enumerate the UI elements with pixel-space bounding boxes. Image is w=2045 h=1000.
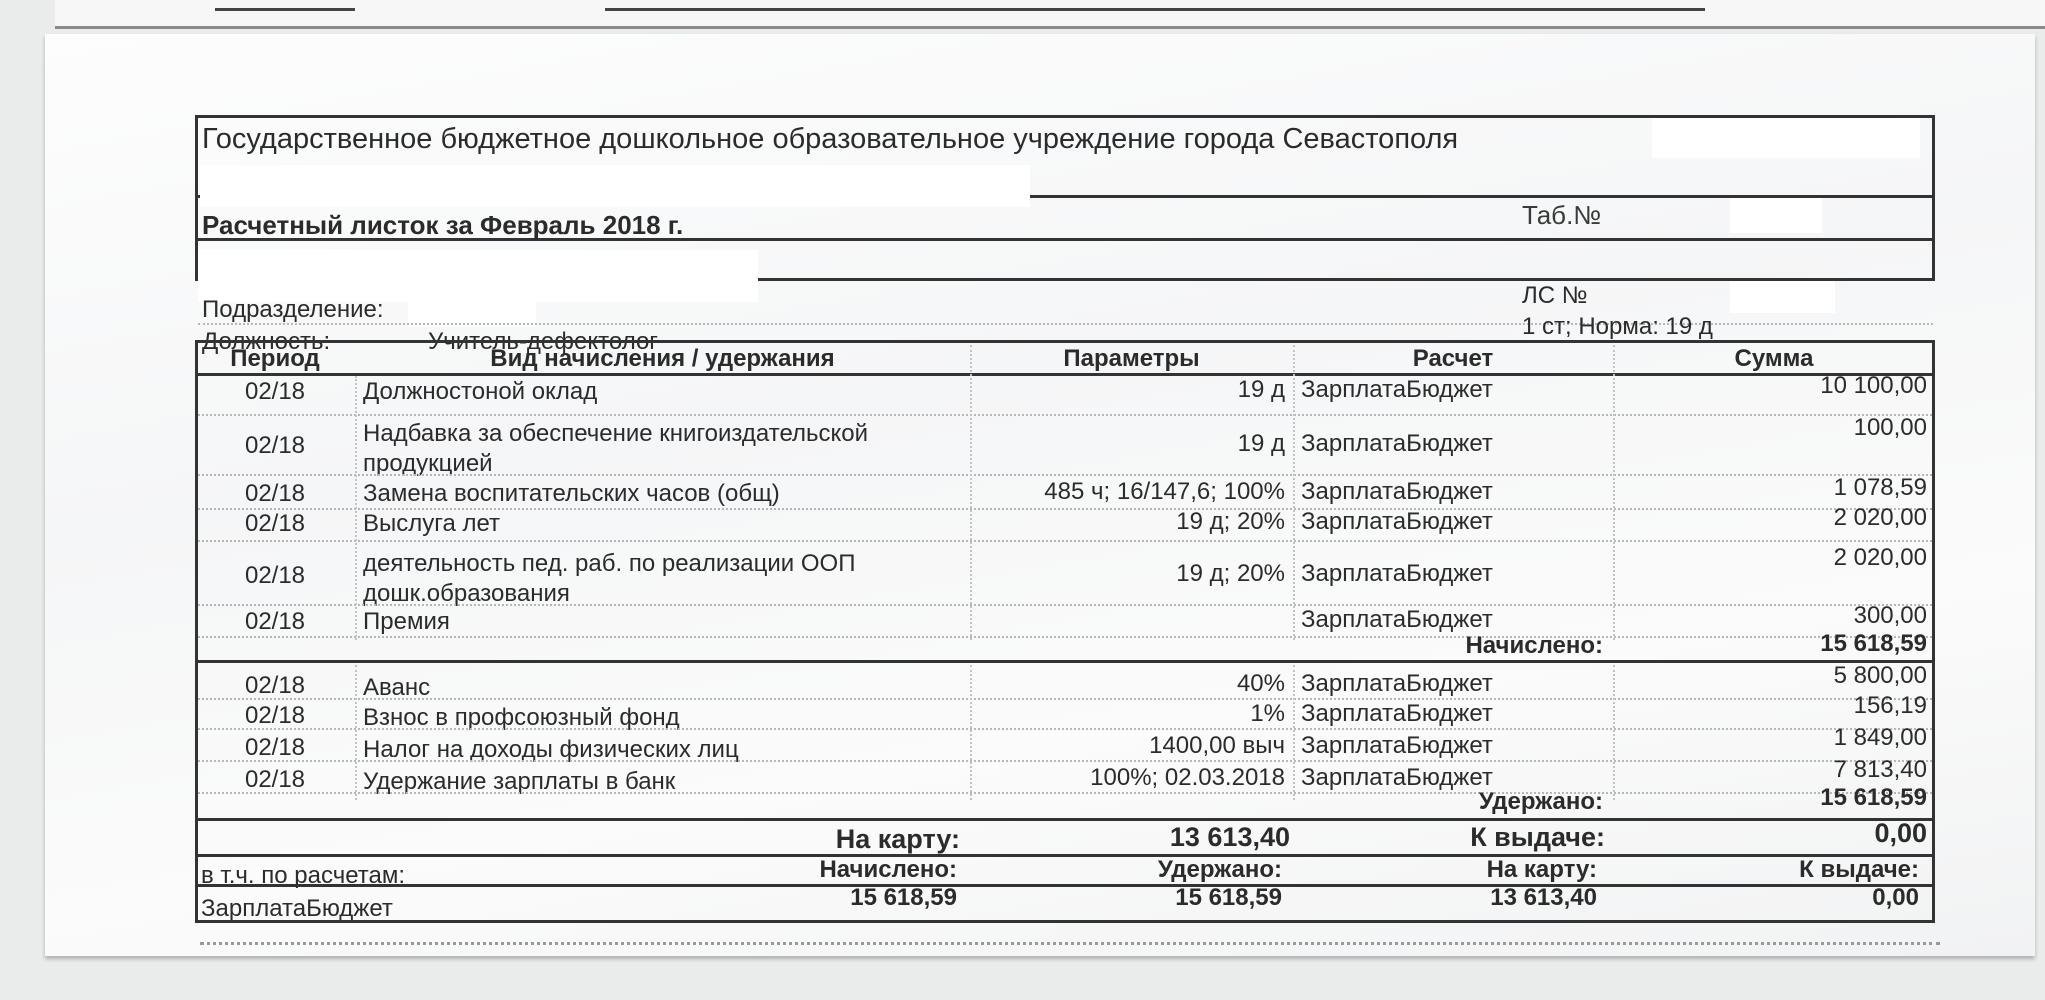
redacted-block	[200, 165, 1030, 207]
period-cell: 02/18	[195, 378, 355, 406]
calc-cell: ЗарплатаБюджет	[1301, 478, 1611, 506]
params-cell: 1400,00 выч	[970, 732, 1285, 760]
period-cell: 02/18	[195, 510, 355, 538]
header-calc: Расчет	[1293, 345, 1613, 373]
params-cell: 1%	[970, 700, 1285, 728]
summary-col-header: На карту:	[1300, 856, 1597, 884]
params-cell: 100%; 02.03.2018	[970, 764, 1285, 792]
redacted-subdivision	[408, 293, 536, 327]
column-separator	[970, 665, 972, 800]
period-cell: 02/18	[195, 562, 355, 590]
header-period: Период	[195, 345, 355, 373]
period-cell: 02/18	[195, 734, 355, 762]
column-separator	[355, 665, 357, 800]
period-cell: 02/18	[195, 608, 355, 636]
to-card-label: На карту:	[355, 824, 960, 855]
column-separator	[355, 376, 357, 640]
accrual-name: Замена воспитательских часов (общ)	[363, 480, 968, 508]
period-cell: 02/18	[195, 432, 355, 460]
perforation-noise	[200, 942, 1940, 945]
summary-to-issue: 0,00	[1613, 884, 1919, 912]
summary-col-header: К выдаче:	[1613, 856, 1919, 884]
summary-to-card: 13 613,40	[1300, 884, 1597, 912]
params-cell: 485 ч; 16/147,6; 100%	[970, 478, 1285, 506]
column-separator	[1293, 345, 1295, 640]
previous-sheet-table-fragment	[605, 0, 1705, 11]
sum-cell: 7 813,40	[1613, 756, 1927, 784]
params-cell: 19 д	[970, 430, 1285, 458]
period-cell: 02/18	[195, 480, 355, 508]
payslip-title: Расчетный листок за Февраль 2018 г.	[202, 210, 683, 241]
params-cell: 19 д; 20%	[970, 508, 1285, 536]
to-card-value: 13 613,40	[1090, 822, 1290, 853]
rate-norm: 1 ст; Норма: 19 д	[1522, 313, 1713, 341]
accrual-name: Надбавка за обеспечение книгоиздательско…	[363, 420, 968, 448]
calc-cell: ЗарплатаБюджет	[1301, 700, 1611, 728]
withheld-label: Удержано:	[1293, 788, 1603, 816]
sum-cell: 100,00	[1613, 414, 1927, 442]
previous-sheet-edge	[55, 0, 2045, 29]
table-border	[1932, 340, 1935, 922]
calc-cell: ЗарплатаБюджет	[1301, 732, 1611, 760]
calc-cell: ЗарплатаБюджет	[1301, 670, 1611, 698]
calc-cell: ЗарплатаБюджет	[1301, 606, 1611, 634]
calc-cell: ЗарплатаБюджет	[1301, 430, 1611, 458]
calc-cell: ЗарплатаБюджет	[1301, 508, 1611, 536]
redacted-block	[1652, 118, 1920, 158]
previous-sheet-table-fragment	[215, 0, 355, 11]
column-separator	[1613, 665, 1615, 800]
table-border	[195, 340, 198, 922]
calc-cell: ЗарплатаБюджет	[1301, 376, 1611, 404]
column-separator	[1613, 345, 1615, 640]
sum-cell: 1 078,59	[1613, 474, 1927, 502]
summary-accrued: 15 618,59	[580, 884, 957, 912]
ls-number-label: ЛС №	[1522, 282, 1588, 310]
redacted-ls-number	[1730, 281, 1835, 313]
accrual-name: Выслуга лет	[363, 510, 968, 538]
to-issue-label: К выдаче:	[1300, 822, 1605, 853]
sum-cell: 300,00	[1613, 602, 1927, 630]
summary-col-header: Начислено:	[580, 856, 957, 884]
row-separator	[198, 540, 1932, 542]
accrued-total: 15 618,59	[1613, 630, 1927, 658]
tab-number-label: Таб.№	[1522, 200, 1601, 231]
column-separator	[970, 345, 972, 640]
summary-row-name: ЗарплатаБюджет	[201, 895, 601, 923]
organization-name: Государственное бюджетное дошкольное обр…	[202, 123, 1458, 156]
params-cell: 19 д; 20%	[970, 560, 1285, 588]
sum-cell: 10 100,00	[1613, 372, 1927, 400]
accrual-name: Должностоной оклад	[363, 378, 968, 406]
header-sum: Сумма	[1613, 345, 1935, 373]
accrual-name: Премия	[363, 608, 968, 636]
calc-cell: ЗарплатаБюджет	[1301, 560, 1611, 588]
redacted-tab-number	[1730, 198, 1822, 233]
sum-cell: 1 849,00	[1613, 724, 1927, 752]
table-rule	[195, 340, 1935, 343]
period-cell: 02/18	[195, 702, 355, 730]
sum-cell: 2 020,00	[1613, 544, 1927, 572]
summary-col-header: Удержано:	[1000, 856, 1282, 884]
column-separator	[1293, 665, 1295, 800]
subdivision-label: Подразделение:	[202, 296, 384, 324]
sum-cell: 156,19	[1613, 692, 1927, 720]
header-params: Параметры	[970, 345, 1293, 373]
sum-cell: 2 020,00	[1613, 504, 1927, 532]
period-cell: 02/18	[195, 672, 355, 700]
sum-cell: 5 800,00	[1613, 662, 1927, 690]
accrual-name: деятельность пед. раб. по реализации ООП	[363, 550, 968, 578]
to-issue-value: 0,00	[1613, 818, 1927, 849]
accrued-label: Начислено:	[1293, 632, 1603, 660]
period-cell: 02/18	[195, 766, 355, 794]
table-rule	[195, 920, 1935, 923]
params-cell: 40%	[970, 670, 1285, 698]
withheld-total: 15 618,59	[1613, 784, 1927, 812]
header-name: Вид начисления / удержания	[355, 345, 970, 373]
params-cell: 19 д	[970, 376, 1285, 404]
summary-withheld: 15 618,59	[1000, 884, 1282, 912]
